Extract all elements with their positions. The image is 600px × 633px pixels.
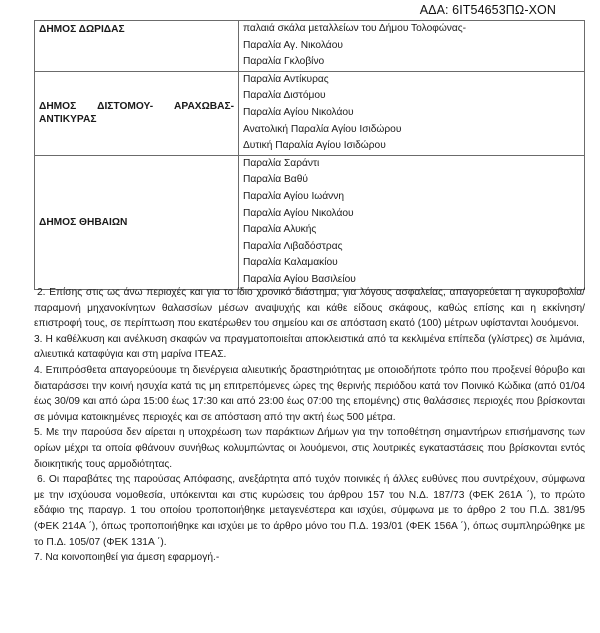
beach-item: Παραλία Αγίου Νικολάου (243, 105, 580, 122)
paragraph-3: 3. Η καθέλκυση και ανέλκυση σκαφών να πρ… (34, 332, 585, 363)
beach-item: Παραλία Λιβαδόστρας (243, 239, 580, 256)
beach-item: Παραλία Αγ. Νικολάου (243, 38, 580, 55)
beaches-cell: Παραλία Αντίκυρας Παραλία Διστόμου Παραλ… (239, 71, 585, 155)
beaches-cell: Παραλία Σαράντι Παραλία Βαθύ Παραλία Αγί… (239, 155, 585, 289)
beach-item: Παραλία Αντίκυρας (243, 72, 580, 89)
table-row-doridas: ΔΗΜΟΣ ΔΩΡΙΔΑΣ παλαιά σκάλα μεταλλείων το… (35, 21, 585, 72)
decision-paragraphs: 2. Επίσης στις ως άνω περιοχές και για τ… (34, 285, 585, 566)
beach-item: Παραλία Καλαμακίου (243, 255, 580, 272)
municipality-cell: ΔΗΜΟΣ ΔΩΡΙΔΑΣ (35, 21, 239, 72)
municipality-name-cont: ΑΝΤΙΚΥΡΑΣ (39, 113, 234, 126)
beaches-table: ΔΗΜΟΣ ΔΩΡΙΔΑΣ παλαιά σκάλα μεταλλείων το… (34, 20, 585, 290)
municipality-cell: ΔΗΜΟΣ ΘΗΒΑΙΩΝ (35, 155, 239, 289)
beach-item: Δυτική Παραλία Αγίου Ισιδώρου (243, 138, 580, 155)
beach-item: Παραλία Αλυκής (243, 222, 580, 239)
beach-item: Παραλία Βαθύ (243, 172, 580, 189)
municipality-name: ΔΗΜΟΣ ΘΗΒΑΙΩΝ (39, 216, 234, 229)
paragraph-6: 6. Οι παραβάτες της παρούσας Απόφασης, α… (34, 472, 585, 550)
paragraph-4: 4. Επιπρόσθετα απαγορεύουμε τη διενέργει… (34, 363, 585, 425)
beach-item: Παραλία Διστόμου (243, 88, 580, 105)
municipality-name: ΔΗΜΟΣ ΔΩΡΙΔΑΣ (39, 23, 234, 36)
beach-item: Παραλία Σαράντι (243, 156, 580, 173)
beach-item: Παραλία Αγίου Ιωάννη (243, 189, 580, 206)
table-row-distomou: ΔΗΜΟΣ ΔΙΣΤΟΜΟΥ- ΑΡΑΧΩΒΑΣ- ΑΝΤΙΚΥΡΑΣ Παρα… (35, 71, 585, 155)
beach-item: παλαιά σκάλα μεταλλείων του Δήμου Τολοφώ… (243, 21, 580, 38)
paragraph-5: 5. Με την παρούσα δεν αίρεται η υποχρέωσ… (34, 425, 585, 472)
beach-item: Ανατολική Παραλία Αγίου Ισιδώρου (243, 122, 580, 139)
beach-item: Παραλία Αγίου Νικολάου (243, 206, 580, 223)
ada-document-id: ΑΔΑ: 6ΙΤ54653ΠΩ-ΧΟΝ (420, 3, 556, 17)
municipality-cell: ΔΗΜΟΣ ΔΙΣΤΟΜΟΥ- ΑΡΑΧΩΒΑΣ- ΑΝΤΙΚΥΡΑΣ (35, 71, 239, 155)
paragraph-7: 7. Να κοινοποιηθεί για άμεση εφαρμογή.- (34, 550, 585, 566)
municipality-name: ΔΗΜΟΣ ΔΙΣΤΟΜΟΥ- ΑΡΑΧΩΒΑΣ- (39, 100, 234, 113)
beach-item: Παραλία Γκλοβίνο (243, 54, 580, 71)
beaches-cell: παλαιά σκάλα μεταλλείων του Δήμου Τολοφώ… (239, 21, 585, 72)
paragraph-2: 2. Επίσης στις ως άνω περιοχές και για τ… (34, 285, 585, 332)
table-row-thivaion: ΔΗΜΟΣ ΘΗΒΑΙΩΝ Παραλία Σαράντι Παραλία Βα… (35, 155, 585, 289)
